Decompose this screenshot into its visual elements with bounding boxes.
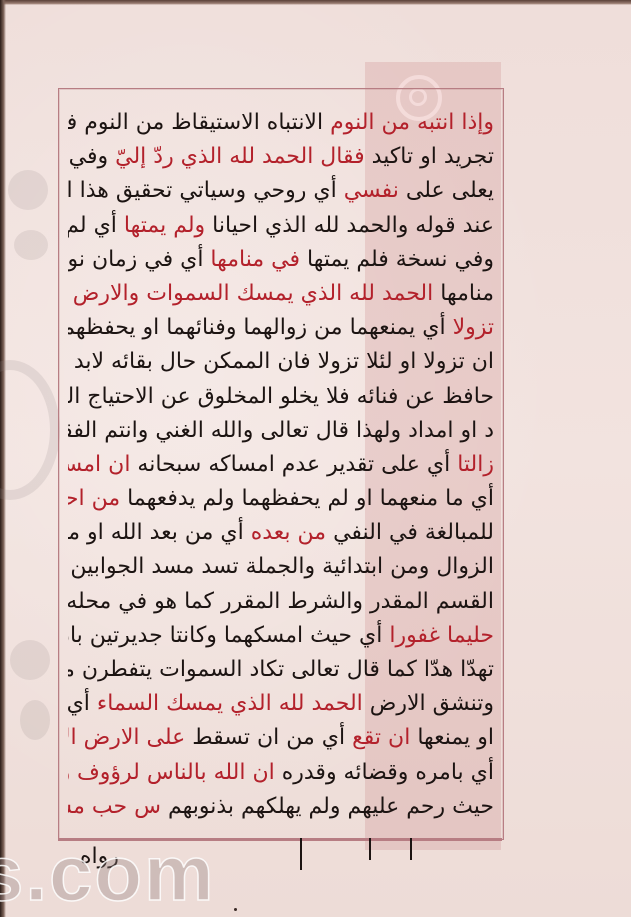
body-text: د او امداد ولهذا قال تعالى والله الغني و… (68, 418, 494, 443)
body-text: أي روحي وسياتي تحقيق هذا المرام (68, 178, 344, 203)
body-text: أي لم يقبضها (68, 213, 124, 238)
text-line: او يمنعها ان تقع أي من ان تسقط على الارض… (68, 721, 494, 755)
text-line: وإذا انتبه من النوم الانتباه الاستيقاظ م… (68, 106, 494, 140)
rubric-text: ان الله بالناس لرؤوف رحيم (68, 760, 275, 785)
text-line: للمبالغة في النفي من بعده أي من بعد الله… (68, 516, 494, 550)
body-text: او يمنعها (410, 725, 494, 750)
margin-ornament-arc (0, 360, 60, 500)
text-line: عند قوله والحمد لله الذي احيانا ولم يمته… (68, 209, 494, 243)
body-text: أي في زمان نومها اوحال (68, 247, 210, 272)
body-text: حافظ عن فنائه فلا يخلو المخلوق عن الاحتي… (68, 384, 494, 409)
ink-stroke (410, 838, 412, 860)
ink-stroke (300, 838, 302, 870)
body-text: أي بامره وقضائه وقدره (275, 760, 494, 785)
body-text: أي حيث امسكهما وكانتا جديرتين بان (68, 623, 389, 648)
watermark-text: s.com (0, 828, 215, 917)
text-line: زالتا أي على تقدير عدم امساكه سبحانه ان … (68, 448, 494, 482)
rubric-text: على الارض الا باذنه (68, 725, 185, 750)
manuscript-text-block: وإذا انتبه من النوم الانتباه الاستيقاظ م… (68, 106, 494, 824)
body-text: وتنشق الارض (363, 691, 494, 716)
text-line: د او امداد ولهذا قال تعالى والله الغني و… (68, 414, 494, 448)
margin-ornament (14, 230, 48, 260)
margin-ornament (8, 170, 48, 210)
body-text: أي من بعد الله او من بعد (68, 520, 251, 545)
body-text: أي يمنعهما من زوالهما وفنائهما او يحفظهم… (68, 315, 453, 340)
body-text: الزوال ومن ابتدائية والجملة تسد مسد الجو… (68, 554, 494, 579)
margin-ornament (10, 640, 50, 680)
text-line: حافظ عن فنائه فلا يخلو المخلوق عن الاحتي… (68, 380, 494, 414)
body-text: حيث رحم عليهم ولم يهلكهم بذنوبهم (161, 794, 494, 819)
body-text: أي يحفظها (68, 691, 97, 716)
body-text: أي على تقدير عدم امساكه سبحانه (130, 452, 457, 477)
body-text: للمبالغة في النفي (326, 520, 494, 545)
rubric-text: وإذا انتبه من النوم (330, 110, 494, 135)
rubric-text: س حب مس ص (68, 794, 161, 819)
manuscript-page: وإذا انتبه من النوم الانتباه الاستيقاظ م… (0, 0, 631, 917)
body-text: منامها (433, 281, 494, 306)
rubric-text: في منامها (210, 247, 300, 272)
body-text: أي ما منعهما او لم يحفظهما ولم يدفعهما (120, 486, 494, 511)
body-text: عند قوله والحمد لله الذي احيانا (205, 213, 494, 238)
rubric-text: من احد (68, 486, 120, 511)
rubric-text: الحمد لله الذي يمسك السماء (97, 691, 363, 716)
rubric-text: تزولا (453, 315, 494, 340)
margin-ornament (20, 700, 50, 740)
text-line: وتنشق الارض الحمد لله الذي يمسك السماء أ… (68, 687, 494, 721)
text-line: أي بامره وقضائه وقدره ان الله بالناس لرؤ… (68, 756, 494, 790)
ink-stroke (369, 838, 371, 860)
rubric-text: ان تقع (352, 725, 410, 750)
body-text: وفي رواية أبي (68, 144, 115, 169)
body-text: وفي نسخة فلم يمتها (300, 247, 494, 272)
text-line: ان تزولا او لئلا تزولا فان الممكن حال بق… (68, 345, 494, 379)
ink-dot (234, 908, 237, 911)
rubric-text: ولم يمتها (124, 213, 205, 238)
rubric-text: حليما غفورا (389, 623, 494, 648)
text-line: حليما غفورا أي حيث امسكهما وكانتا جديرتي… (68, 619, 494, 653)
text-line: القسم المقدر والشرط المقرر كما هو في محل… (68, 585, 494, 619)
body-text: الانتباه الاستيقاظ من النوم ففيه (68, 110, 330, 135)
text-line: الزوال ومن ابتدائية والجملة تسد مسد الجو… (68, 550, 494, 584)
text-line: تزولا أي يمنعهما من زوالهما وفنائهما او … (68, 311, 494, 345)
body-text: أي من ان تسقط (185, 725, 352, 750)
text-line: أي ما منعهما او لم يحفظهما ولم يدفعهما م… (68, 482, 494, 516)
rubric-text: زالتا (457, 452, 494, 477)
page-top-edge (0, 0, 631, 5)
body-text: ان تزولا او لئلا تزولا فان الممكن حال بق… (68, 349, 494, 374)
body-text: تهدّا هدّا كما قال تعالى تكاد السموات يت… (68, 657, 494, 682)
body-text: القسم المقدر والشرط المقرر كما هو في محل… (68, 589, 494, 614)
text-line: حيث رحم عليهم ولم يهلكهم بذنوبهم س حب مس… (68, 790, 494, 824)
rubric-text: الحمد لله الذي يمسك السموات والارض ان (68, 281, 433, 306)
rubric-text: نفسي (344, 178, 399, 203)
text-line: تهدّا هدّا كما قال تعالى تكاد السموات يت… (68, 653, 494, 687)
text-line: منامها الحمد لله الذي يمسك السموات والار… (68, 277, 494, 311)
text-line: تجريد او تاكيد فقال الحمد لله الذي ردّ إ… (68, 140, 494, 174)
body-text: تجريد او تاكيد (365, 144, 494, 169)
text-line: وفي نسخة فلم يمتها في منامها أي في زمان … (68, 243, 494, 277)
text-line: يعلى على نفسي أي روحي وسياتي تحقيق هذا ا… (68, 174, 494, 208)
rubric-text: فقال الحمد لله الذي ردّ إليّ (115, 144, 365, 169)
rubric-text: من بعده (251, 520, 326, 545)
body-text: يعلى على (399, 178, 494, 203)
rubric-text: ان امسكهما (68, 452, 130, 477)
